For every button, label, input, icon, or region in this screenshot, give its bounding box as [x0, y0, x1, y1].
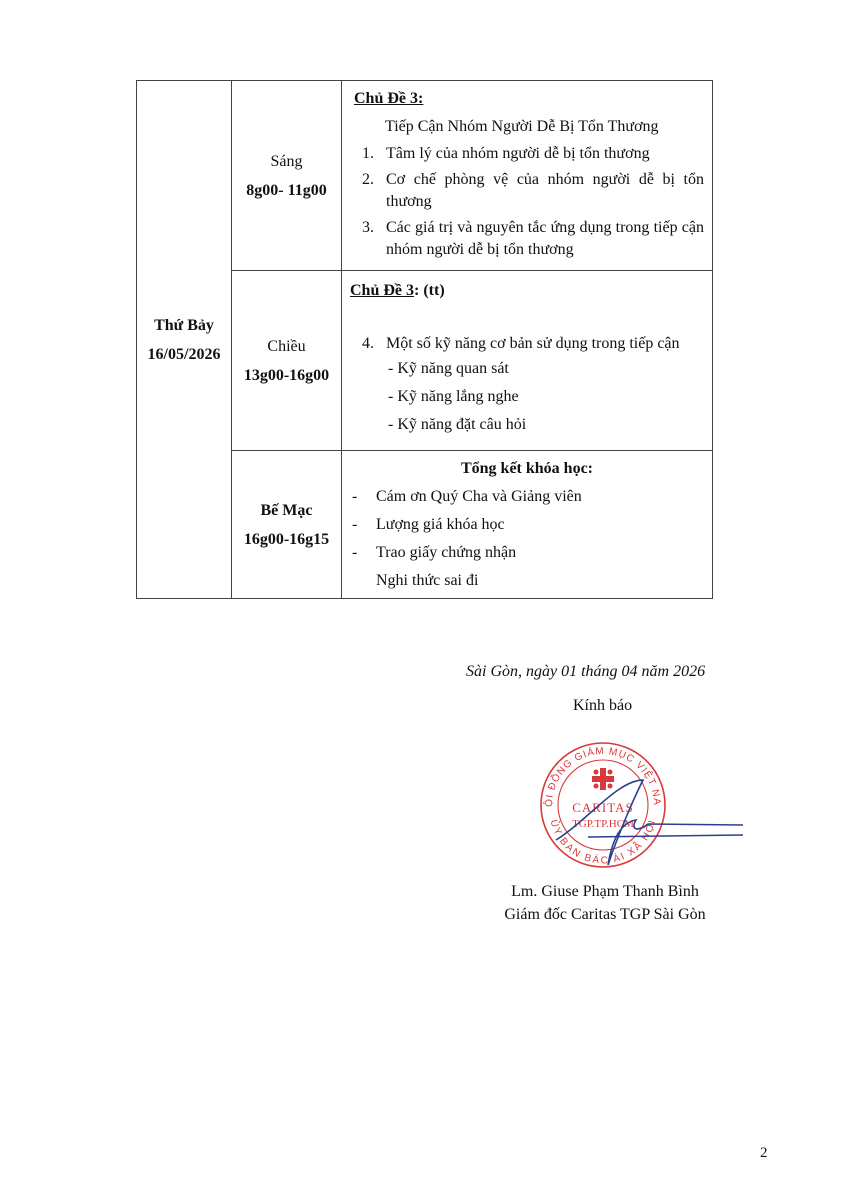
schedule-table: Thứ Bảy 16/05/2026 Sáng 8g00- 11g00 Chủ … [136, 80, 713, 599]
list-item: 4. Một số kỹ năng cơ bản sử dụng trong t… [350, 333, 704, 355]
day-name: Thứ Bảy [137, 311, 231, 340]
session-time: 16g00-16g15 [232, 525, 341, 554]
page-number: 2 [760, 1145, 768, 1162]
greeting: Kính báo [573, 697, 632, 715]
list-item: -Cám ơn Quý Cha và Giảng viên [350, 483, 704, 511]
content-cell-morning: Chủ Đề 3: Tiếp Cận Nhóm Người Dễ Bị Tổn … [342, 81, 713, 271]
signature-block: Lm. Giuse Phạm Thanh Bình Giám đốc Carit… [495, 880, 715, 926]
table-row: Thứ Bảy 16/05/2026 Sáng 8g00- 11g00 Chủ … [137, 81, 713, 271]
seal-icon: HỘI ĐỒNG GIÁM MỤC VIỆT NAM ỦY BAN BÁC ÁI… [538, 740, 753, 870]
summary-heading: Tổng kết khóa học: [350, 455, 704, 483]
session-label: Bế Mạc [232, 496, 341, 525]
sub-item: - Kỹ năng quan sát [350, 355, 704, 383]
list-item: -Lượng giá khóa học [350, 511, 704, 539]
list-item: Nghi thức sai đi [350, 567, 704, 595]
topic-heading: Chủ Đề 3: [354, 90, 423, 107]
official-seal: HỘI ĐỒNG GIÁM MỤC VIỆT NAM ỦY BAN BÁC ÁI… [538, 740, 753, 875]
session-label: Sáng [232, 147, 341, 176]
list-item: 1. Tâm lý của nhóm người dễ bị tổn thươn… [350, 143, 704, 165]
list-item: -Trao giấy chứng nhận [350, 539, 704, 567]
day-cell: Thứ Bảy 16/05/2026 [137, 81, 232, 599]
session-time: 13g00-16g00 [232, 361, 341, 390]
topic-heading-suffix: : (tt) [414, 282, 445, 299]
content-cell-afternoon: Chủ Đề 3: (tt) 4. Một số kỹ năng cơ bản … [342, 271, 713, 451]
list-item: 2. Cơ chế phòng vệ của nhóm người dễ bị … [350, 169, 704, 213]
topic-subtitle: Tiếp Cận Nhóm Người Dễ Bị Tổn Thương [350, 115, 704, 139]
place-date: Sài Gòn, ngày 01 tháng 04 năm 2026 [466, 663, 705, 681]
signer-title: Giám đốc Caritas TGP Sài Gòn [495, 903, 715, 926]
session-label: Chiều [232, 332, 341, 361]
topic-heading: Chủ Đề 3 [350, 282, 414, 299]
content-cell-closing: Tổng kết khóa học: -Cám ơn Quý Cha và Gi… [342, 451, 713, 599]
time-cell-closing: Bế Mạc 16g00-16g15 [232, 451, 342, 599]
time-cell-afternoon: Chiều 13g00-16g00 [232, 271, 342, 451]
list-item: 3. Các giá trị và nguyên tắc ứng dụng tr… [350, 217, 704, 261]
session-time: 8g00- 11g00 [232, 176, 341, 205]
sub-item: - Kỹ năng đặt câu hỏi [350, 411, 704, 439]
sub-item: - Kỹ năng lắng nghe [350, 383, 704, 411]
time-cell-morning: Sáng 8g00- 11g00 [232, 81, 342, 271]
signer-name: Lm. Giuse Phạm Thanh Bình [495, 880, 715, 903]
day-date: 16/05/2026 [137, 340, 231, 369]
